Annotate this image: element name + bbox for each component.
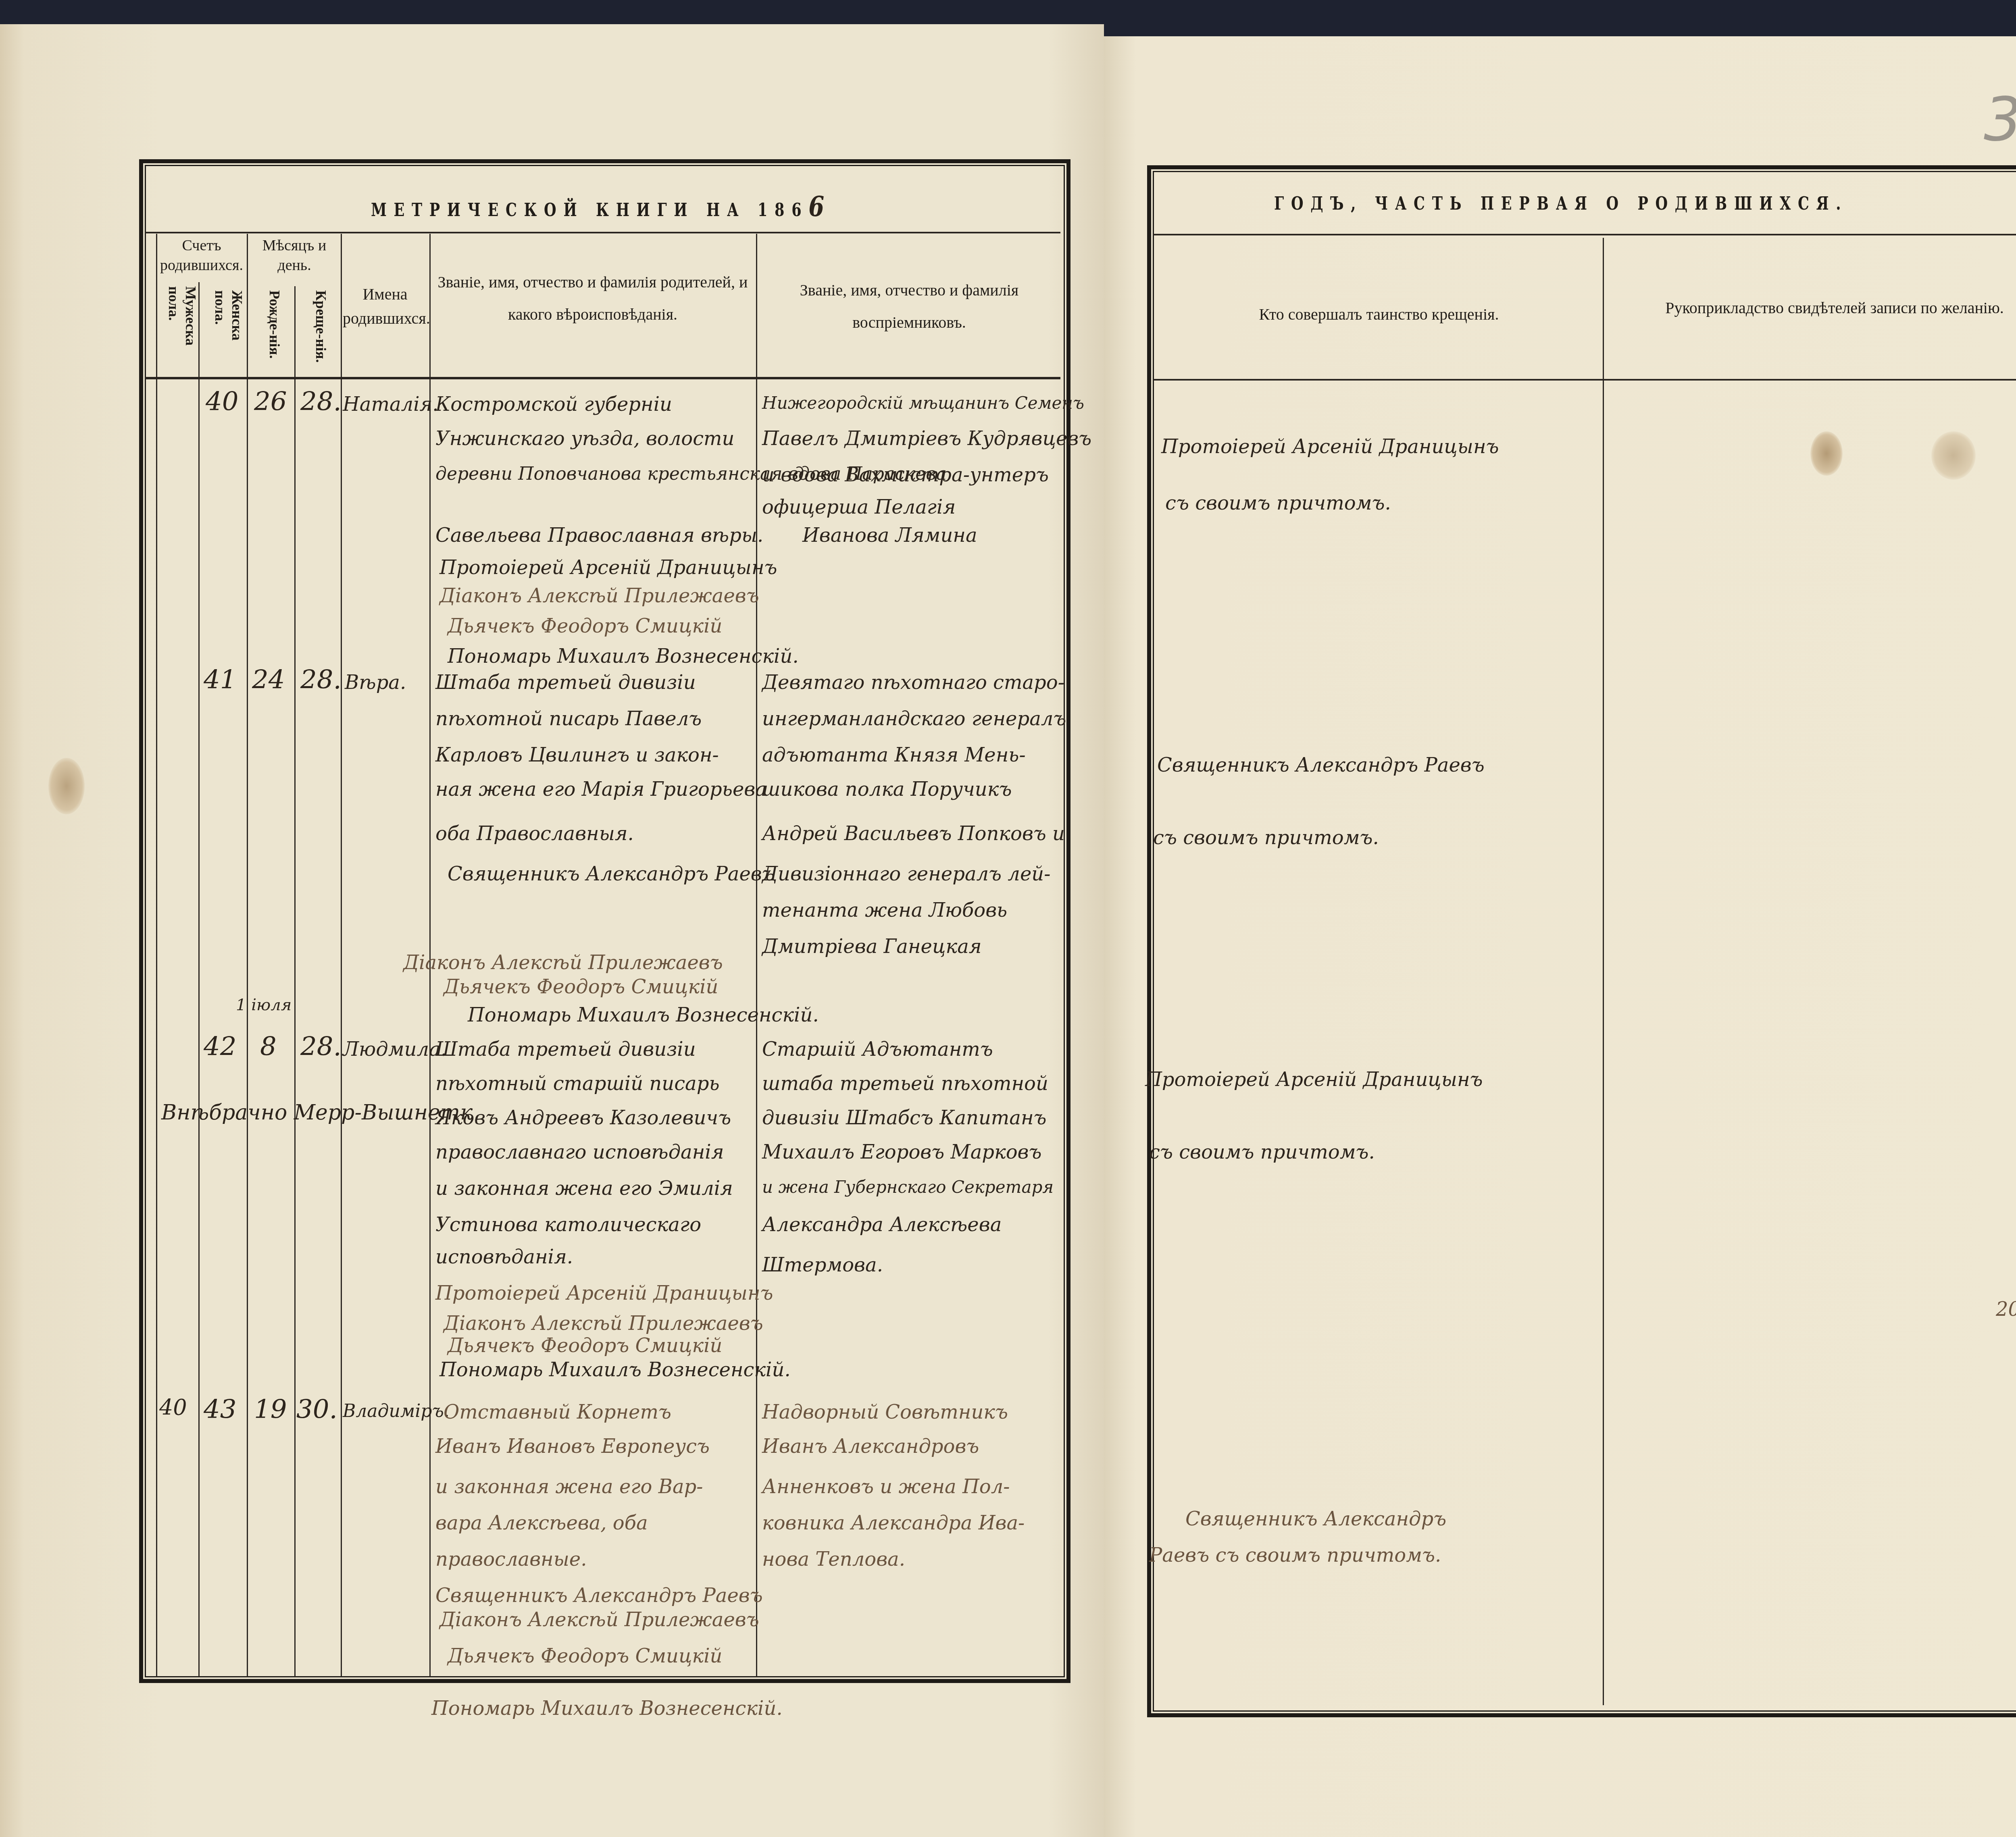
header-baptism: Креще-нія. xyxy=(312,290,329,375)
godparents-line: ингерманландскаго генералъ xyxy=(762,707,1066,730)
header-top-rule xyxy=(145,232,1060,233)
header-female: Женска пола. xyxy=(212,290,246,375)
godparents-line: Дивизіоннаго генералъ лей- xyxy=(762,863,1050,885)
baptism-day: 28. xyxy=(300,1032,342,1062)
header-witnesses: Рукоприкладство свидѣтелей записи по жел… xyxy=(1613,290,2016,326)
clergy-signature: Діаконъ Алексѣй Прилежаевъ xyxy=(439,585,759,607)
parents-line: исповѣданія. xyxy=(435,1246,573,1268)
parents-line: Савельева Православная вѣры. xyxy=(435,524,763,547)
clergy-signature: Діаконъ Алексѣй Прилежаевъ xyxy=(403,951,723,974)
child-name: Людмила. xyxy=(343,1038,447,1061)
godparents-line: шикова полка Поручикъ xyxy=(762,778,1012,801)
parents-line: вара Алексѣева, оба xyxy=(435,1512,648,1534)
godparents-line: дивизіи Штабсъ Капитанъ xyxy=(762,1107,1047,1129)
header-birth: Рожде-нія. xyxy=(266,290,283,375)
godparents-line: адъютанта Князя Мень- xyxy=(762,744,1026,766)
parents-line: Иванъ Ивановъ Европеусъ xyxy=(435,1435,710,1458)
female-count: 43 xyxy=(204,1395,236,1425)
col-rule xyxy=(756,234,757,1677)
godparents-line: нова Теплова. xyxy=(762,1548,905,1571)
baptizer-line: съ своимъ причтомъ. xyxy=(1165,492,1391,514)
clergy-signature: Дьячекъ Феодоръ Смицкій xyxy=(448,1334,722,1357)
header-bottom-rule xyxy=(145,377,1060,379)
clergy-signature: Протоіерей Арсеній Драницынъ xyxy=(435,1282,773,1304)
handwritten-year: 6 xyxy=(808,189,831,223)
clergy-signature: Діаконъ Алексѣй Прилежаевъ xyxy=(444,1312,763,1335)
clergy-signature: Діаконъ Алексѣй Прилежаевъ xyxy=(439,1608,759,1631)
baptism-day: 28. xyxy=(300,387,342,417)
child-name: Владиміръ. xyxy=(343,1401,427,1421)
female-count: 40 xyxy=(206,387,238,417)
clergy-signature: Дьячекъ Феодоръ Смицкій xyxy=(444,976,718,998)
clergy-signature: Дьячекъ Феодоръ Смицкій xyxy=(448,615,722,637)
col-rule xyxy=(1603,238,1604,1705)
baptizer-line: Священникъ Александръ Раевъ xyxy=(1157,754,1485,776)
godparents-line: Александра Алексѣева xyxy=(762,1213,1002,1236)
godparents-line: Штермова. xyxy=(762,1254,883,1276)
stain xyxy=(48,758,85,814)
godparents-line: и жена Губернскаго Секретаря xyxy=(762,1177,1054,1197)
parents-line: православнаго исповѣданія xyxy=(435,1141,724,1163)
left-page-title: МЕТРИЧЕСКОЙ КНИГИ НА 1866 xyxy=(371,189,831,223)
birth-day: 26 xyxy=(254,387,287,417)
parents-line: Штаба третьей дивизіи xyxy=(435,1038,696,1061)
female-count: 41 xyxy=(204,665,236,695)
parents-line: оба Православныя. xyxy=(435,822,634,845)
clergy-signature: Священникъ Александръ Раевъ xyxy=(435,1584,763,1607)
godparents-line: Дмитріева Ганецкая xyxy=(762,935,982,958)
godparents-line: Михаилъ Егоровъ Марковъ xyxy=(762,1141,1041,1163)
parents-line: Костромской губерніи xyxy=(435,393,672,416)
godparents-line: и вдова Вахмистра-унтеръ xyxy=(762,464,1049,486)
stain xyxy=(1810,431,1843,476)
male-count: 40 xyxy=(159,1395,187,1420)
godparents-line: ковника Александра Ива- xyxy=(762,1512,1025,1534)
col-rule xyxy=(247,234,248,1677)
baptizer-line: Протоіерей Арсеній Драницынъ xyxy=(1145,1068,1483,1091)
header-godparents: Званіе, имя, отчество и фамилія воспріем… xyxy=(762,274,1056,339)
parents-line: Отставный Корнетъ xyxy=(444,1401,671,1423)
parents-line: и законная жена его Вар- xyxy=(435,1475,703,1498)
margin-note: Внѣбрачно Мерр-Вышнетк xyxy=(161,1101,473,1125)
godparents-line: штаба третьей пѣхотной xyxy=(762,1072,1048,1095)
pencil-page-number: 340 xyxy=(1984,85,2016,155)
baptism-day: 28. xyxy=(300,665,342,695)
godparents-line: Павелъ Дмитріевъ Кудрявцевъ xyxy=(762,427,1091,450)
godparents-line: Нижегородскій мѣщанинъ Семенъ xyxy=(762,393,1084,413)
right-page-title: ГОДЪ, ЧАСТЬ ПЕРВАЯ О РОДИВШИХСЯ. xyxy=(1274,193,1848,214)
month-note: 1 іюля xyxy=(236,996,292,1014)
clergy-signature: Пономарь Михаилъ Вознесенскій. xyxy=(468,1004,819,1026)
baptizer-line: Священникъ Александръ xyxy=(1185,1508,1446,1530)
birth-day: 24 xyxy=(252,665,285,695)
clergy-signature: Пономарь Михаилъ Вознесенскій. xyxy=(448,645,799,668)
birth-day: 8 xyxy=(260,1032,277,1062)
col-rule xyxy=(156,234,157,1677)
header-count: Счетъ родившихся. xyxy=(157,236,246,276)
godparents-line: Девятаго пѣхотнаго старо- xyxy=(762,671,1064,694)
godparents-line: Старшій Адъютантъ xyxy=(762,1038,993,1061)
godparents-line: Иванъ Александровъ xyxy=(762,1435,979,1458)
header-baptizer: Кто совершалъ таинство крещенія. xyxy=(1161,302,1597,327)
parents-line: православные. xyxy=(435,1548,587,1571)
parents-line: Яковъ Андреевъ Казолевичъ xyxy=(435,1107,731,1129)
parents-line: Устинова католическаго xyxy=(435,1213,701,1236)
female-count: 42 xyxy=(204,1032,236,1062)
header-bottom-rule xyxy=(1153,379,2016,381)
parents-line: ная жена его Марія Григорьева xyxy=(435,778,767,801)
child-name: Вѣра. xyxy=(345,671,406,694)
parents-line: пѣхотный старшій писарь xyxy=(435,1072,720,1095)
parents-line: Унжинскаго уѣзда, волости xyxy=(435,427,735,450)
header-date: Мѣсяцъ и день. xyxy=(248,236,341,276)
clergy-signature: Священникъ Александръ Раевъ xyxy=(448,863,775,885)
margin-note: 20 xyxy=(1996,1298,2016,1321)
header-parents: Званіе, имя, отчество и фамилія родителе… xyxy=(435,266,750,331)
godparents-line: Иванова Лямина xyxy=(802,524,977,547)
clergy-signature: Пономарь Михаилъ Вознесенскій. xyxy=(439,1359,791,1381)
col-rule xyxy=(341,234,342,1677)
parents-line: и законная жена его Эмилія xyxy=(435,1177,733,1200)
parents-line: Штаба третьей дивизіи xyxy=(435,671,696,694)
baptizer-line: съ своимъ причтомъ. xyxy=(1149,1141,1375,1163)
birth-day: 19 xyxy=(254,1395,287,1425)
stain xyxy=(1931,431,1976,480)
godparents-line: Андрей Васильевъ Попковъ и xyxy=(762,822,1065,845)
clergy-signature: Протоіерей Арсеній Драницынъ xyxy=(439,556,777,579)
clergy-signature: Дьячекъ Феодоръ Смицкій xyxy=(448,1645,722,1667)
col-rule xyxy=(294,286,296,1677)
child-name: Наталія. xyxy=(343,393,439,416)
baptizer-line: съ своимъ причтомъ. xyxy=(1153,826,1379,849)
parents-line: пѣхотной писарь Павелъ xyxy=(435,707,702,730)
godparents-line: тенанта жена Любовь xyxy=(762,899,1007,922)
godparents-line: офицерша Пелагія xyxy=(762,496,956,518)
col-rule xyxy=(198,282,200,1677)
clergy-signature: Пономарь Михаилъ Вознесенскій. xyxy=(431,1697,783,1720)
godparents-line: Надворный Совѣтникъ xyxy=(762,1401,1008,1423)
baptism-day: 30. xyxy=(296,1395,337,1425)
header-names: Имена родившихся. xyxy=(343,282,427,331)
header-top-rule xyxy=(1153,234,2016,235)
baptizer-line: Протоіерей Арсеній Драницынъ xyxy=(1161,435,1499,458)
godparents-line: Анненковъ и жена Пол- xyxy=(762,1475,1010,1498)
baptizer-line: Раевъ съ своимъ причтомъ. xyxy=(1149,1544,1441,1567)
parents-line: Карловъ Цвилингъ и закон- xyxy=(435,744,719,766)
header-male: Мужеска пола. xyxy=(165,286,199,371)
right-page-frame xyxy=(1147,165,2016,1717)
